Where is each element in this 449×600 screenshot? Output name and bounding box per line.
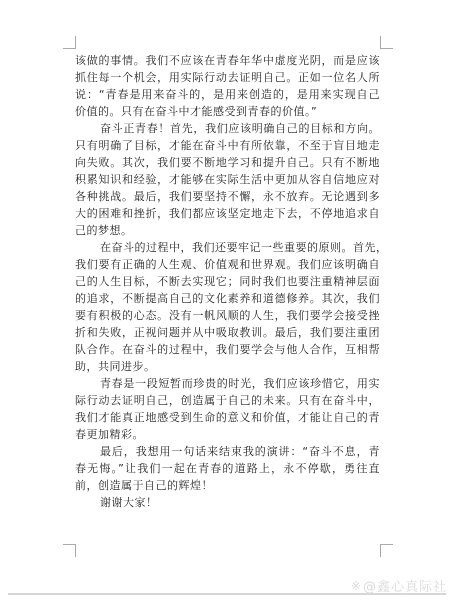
text-line: 价值的。只有在奋斗中才能感受到青春的价值。”	[75, 103, 380, 120]
watermark: ※ @鑫心真际社	[351, 576, 447, 595]
text-line: 只有明确了目标，才能在奋斗中有所依靠，不至于盲目地走	[75, 137, 380, 154]
text-line: 己的梦想。	[75, 222, 380, 239]
text-line: 的追求，不断提高自己的文化素养和道德修养。其次，我们	[75, 290, 380, 307]
text-line: 向失败。其次，我们要不断地学习和提升自己。只有不断地	[75, 154, 380, 171]
text-line: 青春是一段短暂而珍贵的时光，我们应该珍惜它，用实	[75, 375, 380, 392]
text-line: 折和失败，正视问题并从中吸取教训。最后，我们要注重团	[75, 324, 380, 341]
text-line: 助，共同进步。	[75, 358, 380, 375]
text-line: 奋斗正青春！首先，我们应该明确自己的目标和方向。	[75, 120, 380, 137]
text-line: 最后，我想用一句话来结束我的演讲：“奋斗不息，青	[75, 443, 380, 460]
text-line: 己的人生目标，不断去实现它；同时我们也要注重精神层面	[75, 273, 380, 290]
margin-mark-bottom-left	[63, 544, 76, 557]
text-line: 我们才能真正地感受到生命的意义和价值，才能让自己的青	[75, 409, 380, 426]
text-line: 说：“青春是用来奋斗的，是用来创造的，是用来实现自己	[75, 86, 380, 103]
text-line: 我们要有正确的人生观、价值观和世界观。我们应该明确自	[75, 256, 380, 273]
margin-mark-top-right	[380, 36, 393, 49]
text-line: 春更加精彩。	[75, 426, 380, 443]
text-line: 大的困难和挫折，我们都应该坚定地走下去，不停地追求自	[75, 205, 380, 222]
text-line: 队合作。在奋斗的过程中，我们要学会与他人合作，互相帮	[75, 341, 380, 358]
text-line: 春无悔。”让我们一起在青春的道路上，永不停歇，勇往直	[75, 460, 380, 477]
text-line: 该做的事情。我们不应该在青春年华中虚度光阴，而是应该	[75, 52, 380, 69]
watermark-flower-icon: ※	[351, 579, 362, 593]
margin-mark-bottom-right	[380, 544, 393, 557]
text-line: 抓住每一个机会，用实际行动去证明自己。正如一位名人所	[75, 69, 380, 86]
text-line: 谢谢大家！	[75, 494, 380, 511]
document-page: 该做的事情。我们不应该在青春年华中虚度光阴，而是应该抓住每一个机会，用实际行动去…	[0, 0, 449, 600]
text-line: 积累知识和经验，才能够在实际生活中更加从容自信地应对	[75, 171, 380, 188]
text-line: 际行动去证明自己，创造属于自己的未来。只有在奋斗中，	[75, 392, 380, 409]
margin-mark-top-left	[63, 36, 76, 49]
text-line: 前，创造属于自己的辉煌！	[75, 477, 380, 494]
watermark-text: @鑫心真际社	[363, 576, 447, 595]
document-text: 该做的事情。我们不应该在青春年华中虚度光阴，而是应该抓住每一个机会，用实际行动去…	[75, 52, 380, 511]
text-line: 各种挑战。最后，我们要坚持不懈，永不放弃。无论遇到多	[75, 188, 380, 205]
text-line: 在奋斗的过程中，我们还要牢记一些重要的原则。首先，	[75, 239, 380, 256]
text-line: 要有积极的心态。没有一帆风顺的人生，我们要学会接受挫	[75, 307, 380, 324]
